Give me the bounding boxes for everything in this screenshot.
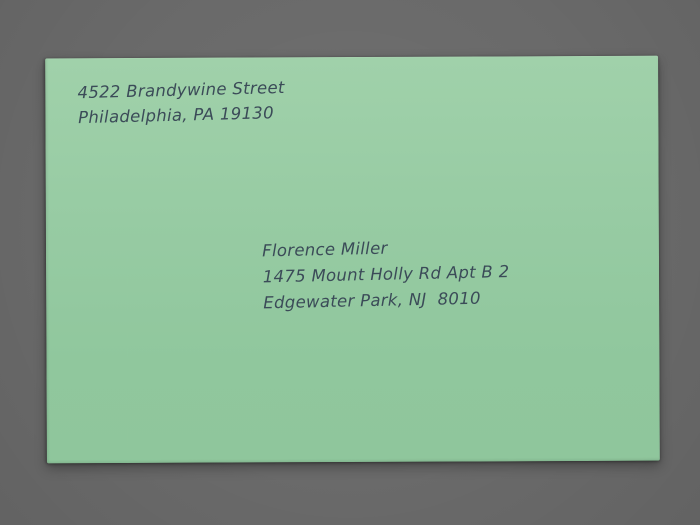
recipient-city-line: Edgewater Park, NJ 8010 <box>263 285 510 316</box>
return-address-block: 4522 Brandywine Street Philadelphia, PA … <box>77 75 285 130</box>
recipient-address-block: Florence Miller 1475 Mount Holly Rd Apt … <box>262 233 510 316</box>
return-address-city-line: Philadelphia, PA 19130 <box>78 100 286 130</box>
envelope: 4522 Brandywine Street Philadelphia, PA … <box>45 56 660 464</box>
photo-background: 4522 Brandywine Street Philadelphia, PA … <box>0 0 700 525</box>
